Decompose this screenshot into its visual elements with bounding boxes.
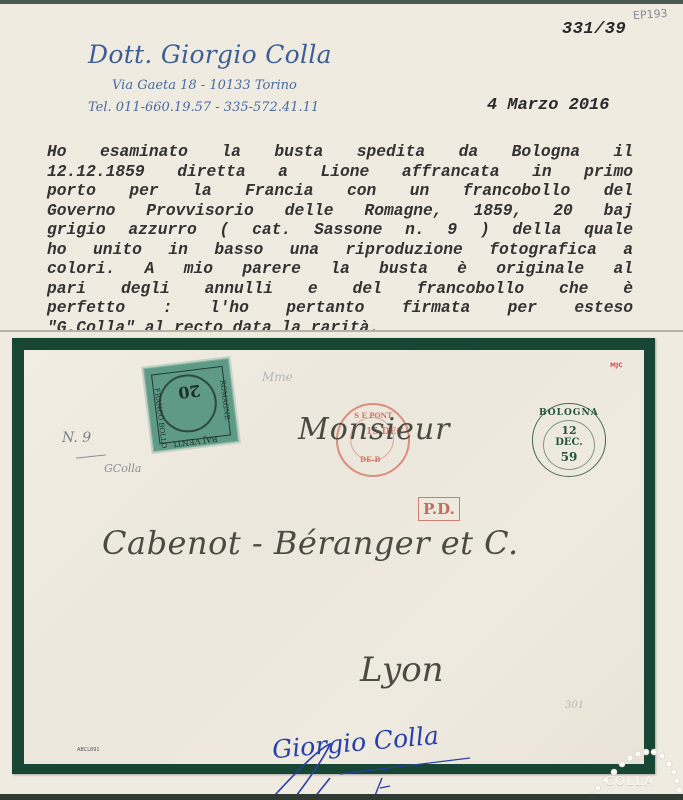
certificate-body: Ho esaminato la busta spedita da Bologna… <box>47 142 633 337</box>
postmark-city: BOLOGNA <box>539 408 599 418</box>
address-line-3: Lyon <box>360 650 444 690</box>
postmark-day: 12 <box>533 424 605 437</box>
body-line: Ho esaminato la busta spedita da Bologna… <box>47 142 633 162</box>
body-line: 12.12.1859 diretta a Lione affrancata in… <box>47 162 633 182</box>
letterhead-address: Via Gaeta 18 - 10133 Torino <box>112 78 297 93</box>
top-edge <box>0 0 683 4</box>
bottom-edge <box>0 794 683 800</box>
body-line: colori. A mio parere la busta è original… <box>47 259 633 279</box>
emboss-seal <box>576 740 681 800</box>
print-code: ABCL891 <box>77 747 100 753</box>
address-line-2: Cabenot - Béranger et C. <box>102 524 519 562</box>
body-line: "G.Colla" al recto data la rarità. <box>47 318 633 338</box>
address-line-1: Monsieur <box>298 412 451 447</box>
body-line: ho unito in basso una riproduzione fotog… <box>47 240 633 260</box>
pencil-note-expert: GColla <box>104 462 141 475</box>
certificate-date: 4 Marzo 2016 <box>487 96 609 115</box>
body-line: grigio azzurro ( cat. Sassone n. 9 ) del… <box>47 220 633 240</box>
fold-line <box>0 330 683 332</box>
pencil-note-top: Mme <box>262 370 293 384</box>
postmark-bottom-text: DE-B <box>360 455 380 464</box>
emboss-seal-label: COLLA <box>605 774 655 788</box>
letterhead-telephone: Tel. 011-660.19.57 - 335-572.41.11 <box>88 100 319 115</box>
body-line: porto per la Francia con un francobollo … <box>47 181 633 201</box>
pd-marking: P.D. <box>418 497 460 521</box>
postage-stamp: 20 FRANCO BOLLO ROMAGNE BAJ VENTI <box>143 358 239 452</box>
letterhead-name: Dott. Giorgio Colla <box>88 40 332 69</box>
pencil-reference: EP193 <box>633 7 668 22</box>
body-line: Governo Provvisorio delle Romagne, 1859,… <box>47 201 633 221</box>
postmark-month: DEC. <box>533 437 605 448</box>
postmark-year: 59 <box>533 450 605 464</box>
body-line: perfetto : l'ho pertanto firmata per est… <box>47 298 633 318</box>
pencil-note-bottom: 301 <box>565 700 584 711</box>
pencil-note-catalogue: N. 9 <box>62 430 91 446</box>
bologna-postmark: BOLOGNA 12 DEC. 59 <box>532 403 606 477</box>
reference-number: 331/39 <box>562 20 626 39</box>
mjc-marking: MJC <box>610 362 623 369</box>
body-line: pari degli annulli e del francobollo che… <box>47 279 633 299</box>
